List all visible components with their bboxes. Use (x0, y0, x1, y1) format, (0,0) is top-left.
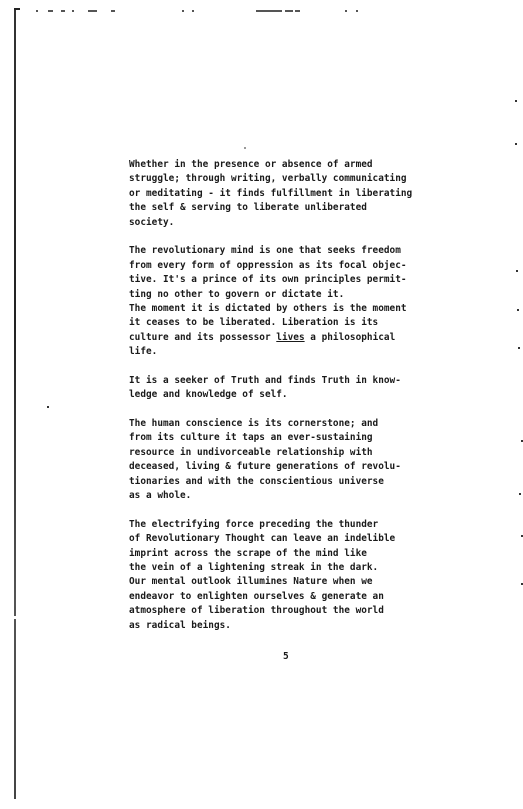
text-line: tionaries and with the conscientious uni… (129, 475, 429, 489)
scan-artifact (72, 10, 74, 12)
text-line: culture and its possessor lives a philos… (129, 331, 429, 345)
text-line: as radical beings. (129, 619, 429, 633)
page-number: 5 (283, 651, 289, 662)
scan-artifact (515, 100, 517, 102)
text-line: tive. It's a prince of its own principle… (129, 273, 429, 287)
scan-artifact (356, 10, 358, 12)
scan-artifact (517, 309, 519, 311)
document-body: Whether in the presence or absence of ar… (129, 158, 429, 647)
scan-artifact (295, 10, 300, 12)
scan-artifact (36, 10, 38, 12)
scan-artifact (244, 147, 246, 149)
underlined-word: lives (276, 332, 304, 343)
scan-artifact (47, 406, 49, 408)
text-line: of Revolutionary Thought can leave an in… (129, 532, 429, 546)
text-line: endeavor to enlighten ourselves & genera… (129, 590, 429, 604)
text-line: it ceases to be liberated. Liberation is… (129, 316, 429, 330)
page-edge-gap (13, 616, 17, 619)
text-line: The revolutionary mind is one that seeks… (129, 244, 429, 258)
text-line: atmosphere of liberation throughout the … (129, 604, 429, 618)
text-line: as a whole. (129, 489, 429, 503)
text-line: The human conscience is its cornerstone;… (129, 417, 429, 431)
page-corner-mark (14, 8, 20, 10)
paragraph: The electrifying force preceding the thu… (129, 518, 429, 633)
scan-artifact (518, 347, 520, 349)
text-line: ting no other to govern or dictate it. (129, 288, 429, 302)
text-line: society. (129, 216, 429, 230)
text-line: Whether in the presence or absence of ar… (129, 158, 429, 172)
text-line: the vein of a lightening streak in the d… (129, 561, 429, 575)
scan-artifact (516, 270, 518, 272)
text-line: life. (129, 345, 429, 359)
scanned-page: Whether in the presence or absence of ar… (0, 0, 523, 809)
text-line: from its culture it taps an ever-sustain… (129, 431, 429, 445)
paragraph: It is a seeker of Truth and finds Truth … (129, 374, 429, 403)
scan-artifact (192, 10, 194, 12)
text-line: the self & serving to liberate unliberat… (129, 201, 429, 215)
scan-artifact (285, 10, 293, 12)
scan-artifact (519, 493, 521, 495)
scan-artifact (256, 10, 282, 12)
paragraph: The revolutionary mind is one that seeks… (129, 244, 429, 359)
text-line: from every form of oppression as its foc… (129, 259, 429, 273)
text-line: or meditating - it finds fulfillment in … (129, 187, 429, 201)
text-line: struggle; through writing, verbally comm… (129, 172, 429, 186)
text-line: The moment it is dictated by others is t… (129, 302, 429, 316)
text-line: Our mental outlook illumines Nature when… (129, 575, 429, 589)
text-line: ledge and knowledge of self. (129, 388, 429, 402)
text-line: resource in undivorceable relationship w… (129, 446, 429, 460)
scan-artifact (515, 143, 517, 145)
scan-artifact (48, 10, 53, 12)
scan-artifact (182, 10, 184, 12)
text-line: The electrifying force preceding the thu… (129, 518, 429, 532)
text-line: deceased, living & future generations of… (129, 460, 429, 474)
scan-artifact (61, 10, 65, 12)
scan-artifact (111, 10, 115, 12)
text-line: imprint across the scrape of the mind li… (129, 547, 429, 561)
paragraph: Whether in the presence or absence of ar… (129, 158, 429, 230)
scan-artifact (345, 10, 347, 12)
scan-artifact (88, 10, 97, 12)
text-line: It is a seeker of Truth and finds Truth … (129, 374, 429, 388)
page-left-edge (14, 9, 16, 799)
paragraph: The human conscience is its cornerstone;… (129, 417, 429, 503)
